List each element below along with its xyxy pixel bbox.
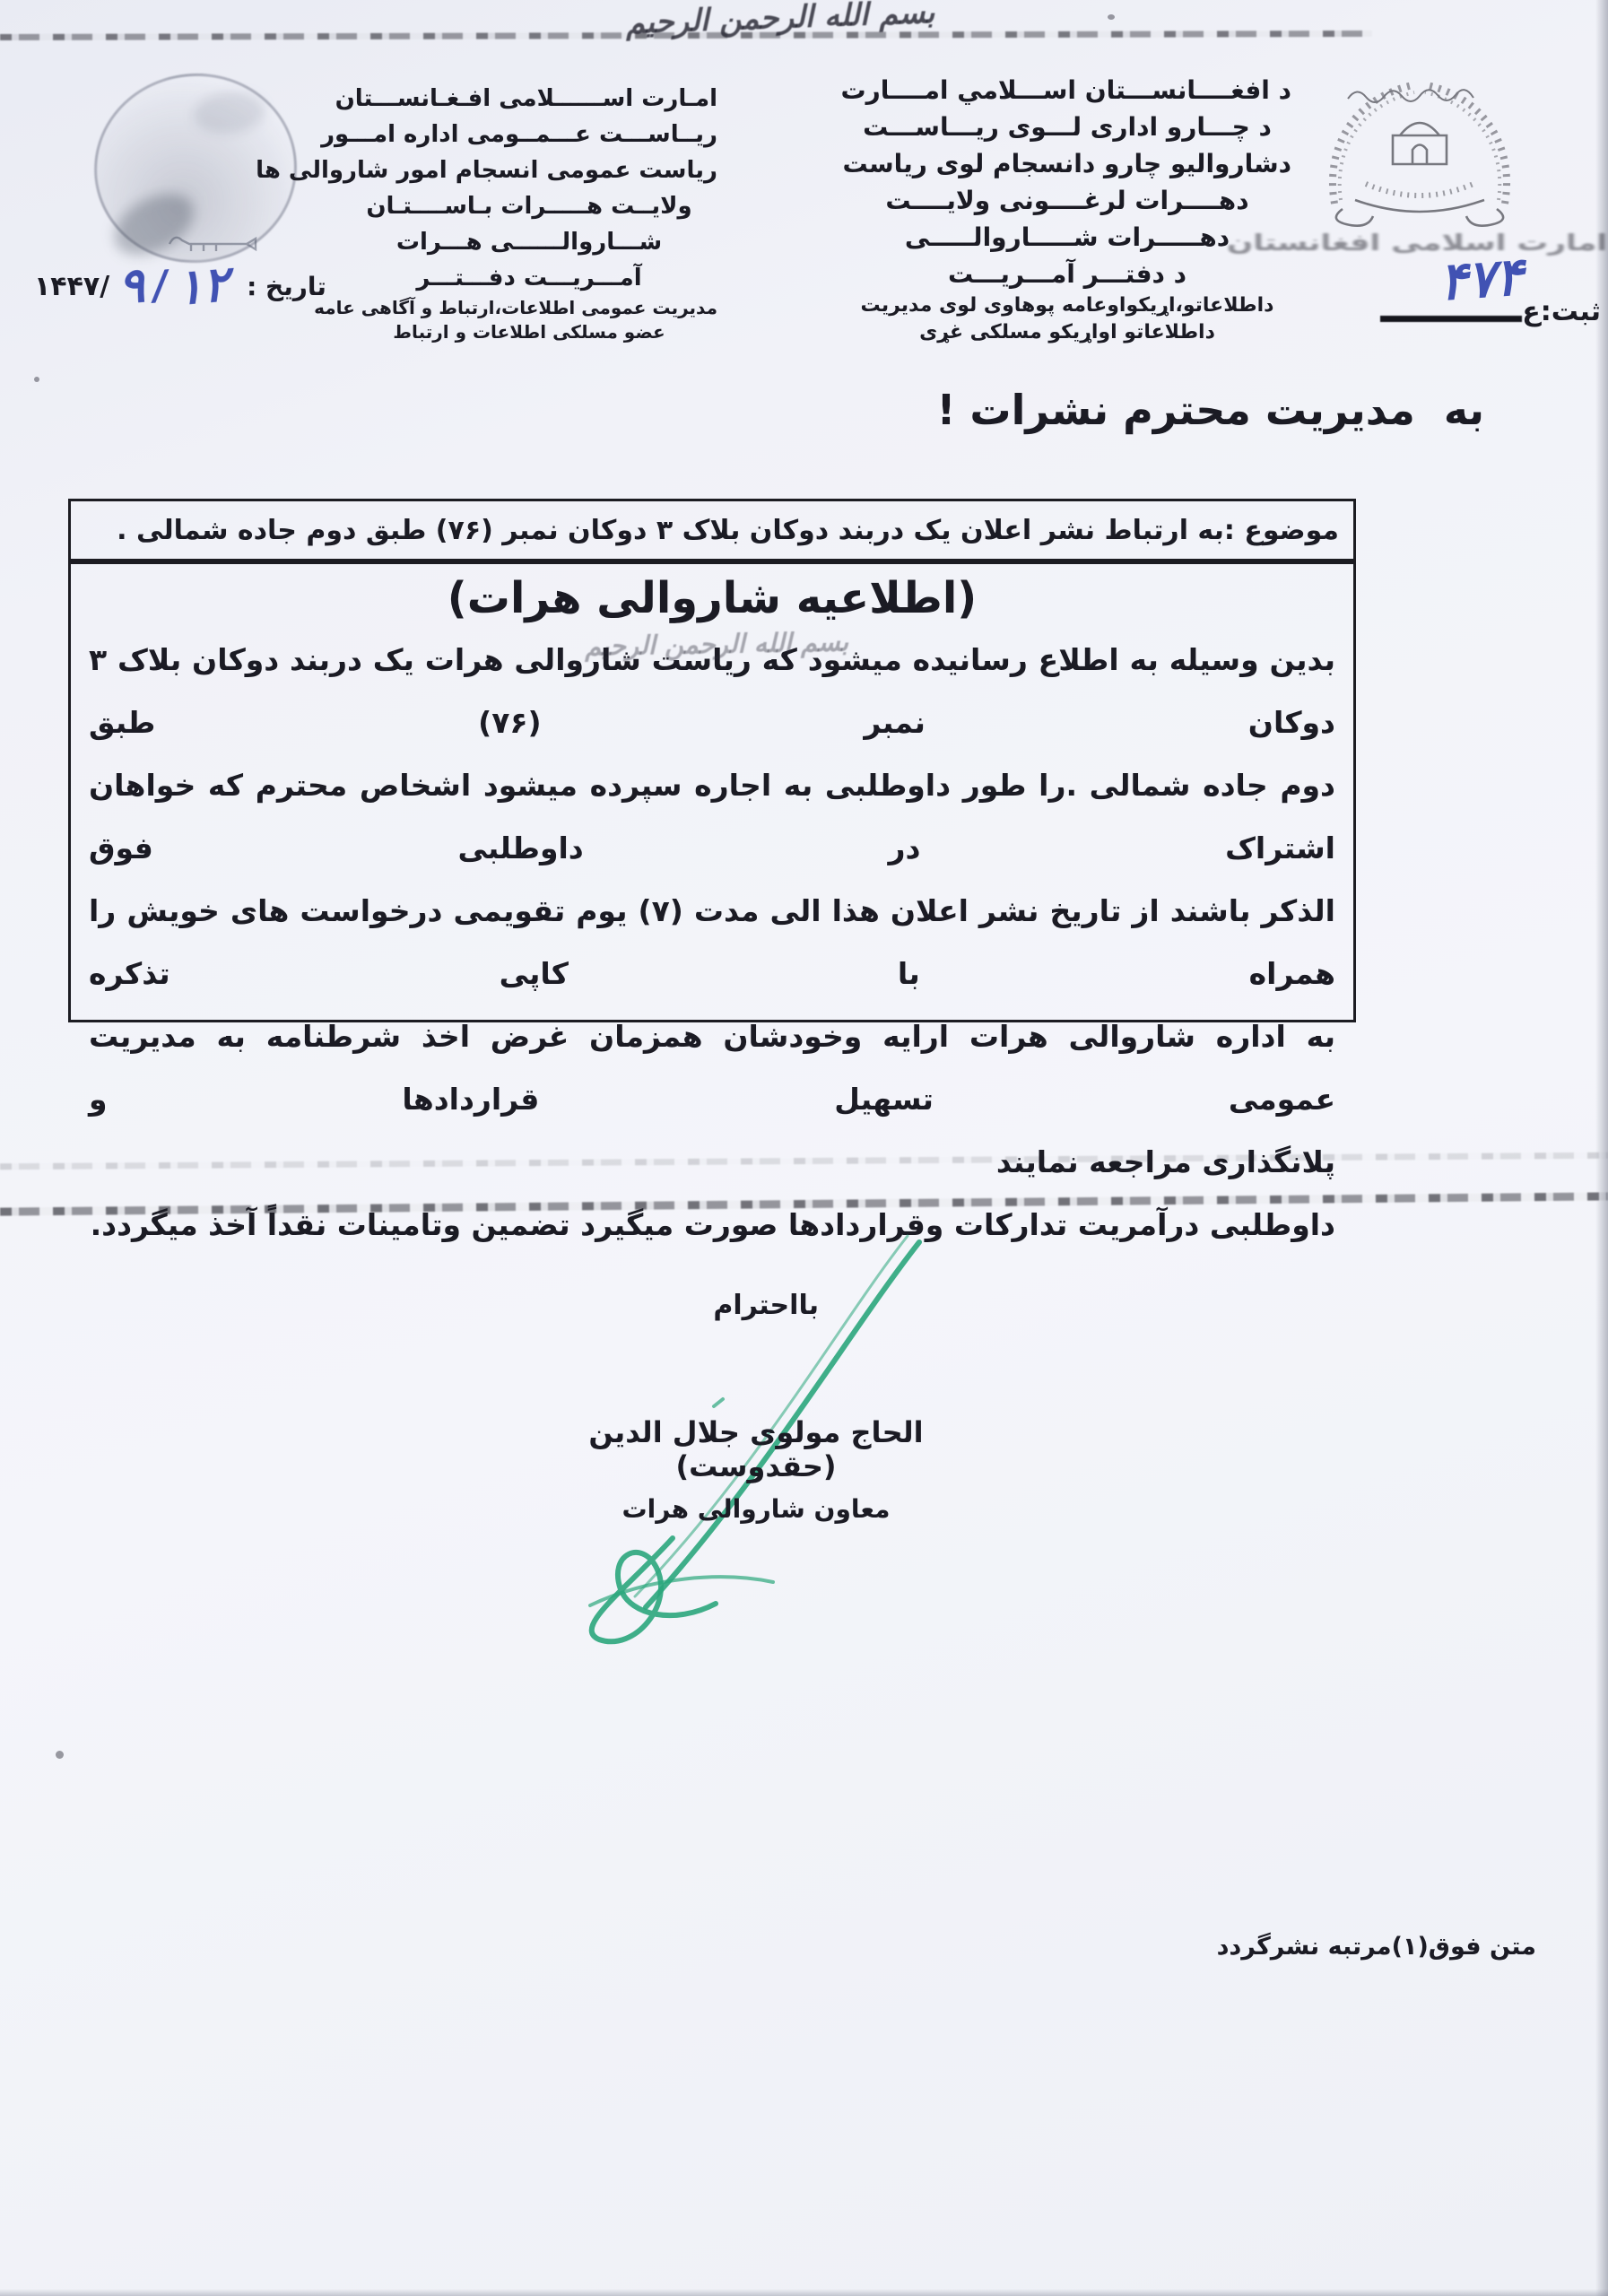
date-month-handwritten: ۹ xyxy=(117,261,147,311)
pashto-line: داطلاعاتو،اړیکواوعامه پوهاوی لوی مدیریت xyxy=(843,292,1291,319)
dari-line: مدیریت عمومی اطلاعات،ارتباط و آگاهی عامه xyxy=(341,296,717,320)
pashto-line: د افغــــانســـتان اســـلامي امــــارت xyxy=(843,72,1291,109)
stamp-smudge-doodle xyxy=(164,226,263,257)
pashto-line: د دفتـــر آمـــریـــت xyxy=(843,256,1291,292)
body-line: دوم جاده شمالی .را طور داوطلبی به اجاره … xyxy=(89,754,1335,880)
pashto-line: دشاروالیو چارو دانسجام لوی ریاست xyxy=(843,145,1291,182)
scan-edge-shadow-bottom xyxy=(0,2289,1608,2296)
body-line: الذکر باشند از تاریخ نشر اعلان هذا الی م… xyxy=(89,880,1335,1005)
subject-line: موضوع :به ارتباط نشر اعلان یک دربند دوکا… xyxy=(71,515,1353,546)
pashto-line: د چـــارو اداری لـــوی ریـــاســـت xyxy=(843,109,1291,145)
emblem-caption: امارت اسلامی افغانستان xyxy=(1213,230,1608,256)
body-line: پلانگذاری مراجعه نمایند xyxy=(89,1131,1335,1194)
dari-line: عضو مسلکی اطلاعات و ارتباط xyxy=(341,320,717,344)
addressee-heading: به مدیریت محترم نشرات ! xyxy=(936,386,1484,434)
dari-line: آمـــریـــت دفـــتـــر xyxy=(341,260,717,296)
notice-body: بدین وسیله به اطلاع رسانیده میشود که ریا… xyxy=(71,623,1353,1257)
signatory-block: الحاج مولوی جلال الدین (حقدوست) معاون شا… xyxy=(532,1415,980,1524)
subject-box: موضوع :به ارتباط نشر اعلان یک دربند دوکا… xyxy=(68,499,1356,561)
islamic-emirate-emblem-icon xyxy=(1303,49,1536,238)
scan-speck xyxy=(56,1751,64,1759)
date-label: تاریخ : xyxy=(238,272,326,301)
registry-label: ثبت:ع xyxy=(1522,296,1601,327)
dari-line: امـارت اســــــلامی افـغـانســـتان xyxy=(341,81,717,117)
scan-speck xyxy=(1108,14,1115,20)
registry-underline xyxy=(1380,316,1522,322)
scan-speck xyxy=(34,377,39,382)
date-separator: / xyxy=(152,265,169,306)
header-block-pashto: د افغــــانســـتان اســـلامي امــــارت د… xyxy=(843,72,1291,346)
notice-title: (اطلاعیه شاروالی هرات) xyxy=(71,573,1353,623)
scan-edge-shadow-right xyxy=(1595,0,1608,2296)
dari-line: ریــاســـت عـــمــومی اداره امـــور xyxy=(341,117,717,152)
dari-line: شـــاروالــــــی هـــرات xyxy=(341,224,717,260)
signatory-title: معاون شاروالی هرات xyxy=(532,1494,980,1524)
body-line: به اداره شاروالی هرات ارایه وخودشان همزم… xyxy=(89,1005,1335,1131)
pashto-line: دهــــرات لرغــــونی ولایــــت xyxy=(843,182,1291,219)
header-block-dari: امـارت اســــــلامی افـغـانســـتان ریــا… xyxy=(341,81,717,344)
scanned-letter-page: بسم الله الرحمن الرحیم تاریخ : ۱۲ / ۹ /۱… xyxy=(0,0,1608,2296)
dari-line: ریاست عمومی انسجام امور شاروالی ها xyxy=(341,152,717,188)
date-row: تاریخ : ۱۲ / ۹ /۱۴۴۷ xyxy=(34,262,326,310)
announcement-box: (اطلاعیه شاروالی هرات) بسم الله الرحمن ا… xyxy=(68,561,1356,1022)
registry-number-handwritten: ۴۷۴ xyxy=(1438,250,1525,308)
pashto-line: داطلاعاتو اواړیکو مسلکی غړی xyxy=(843,319,1291,346)
dari-line: ولایــت هـــــرات بـاســــتـان xyxy=(341,188,717,224)
date-year: /۱۴۴۷ xyxy=(34,271,109,302)
publication-directive: متن فوق(۱)مرتبه نشرگردد xyxy=(1217,1933,1536,1961)
signatory-name: الحاج مولوی جلال الدین (حقدوست) xyxy=(532,1415,980,1483)
date-day-handwritten: ۱۲ xyxy=(175,260,231,313)
